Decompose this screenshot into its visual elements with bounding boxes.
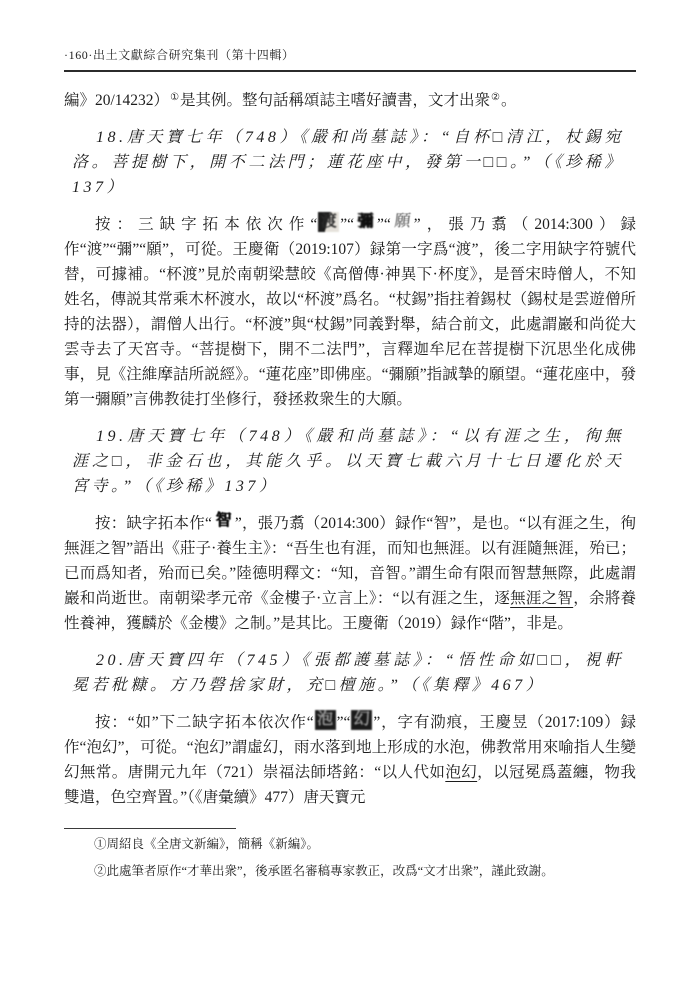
rubbing-glyph-image: 幻	[351, 710, 372, 730]
page-body: 編》20/14232）①是其例。整句話稱頌誌主嗜好讀書，文才出衆②。 18.唐天…	[64, 88, 636, 810]
note-19: 按：缺字拓本作“智”，張乃翥（2014:300）録作“智”，是也。“以有涯之生，…	[64, 511, 636, 636]
note-18: 按：三缺字拓本依次作“渡”“彌”“願”，張乃翥（2014:300）録作“渡”“彌…	[64, 212, 636, 412]
underlined-term: 泡幻	[445, 764, 477, 781]
rubbing-glyph-image: 泡	[315, 710, 336, 730]
document-page: ·160·出土文獻綜合研究集刊（第十四輯） 編》20/14232）①是其例。整句…	[0, 0, 700, 983]
entry-19: 19.唐天寶七年（748）《嚴和尚墓誌》：“以有涯之生，徇無涯之□，非金石也，其…	[64, 424, 636, 499]
rubbing-glyph-image: 智	[213, 511, 234, 531]
footnote-1: ①周紹良《全唐文新編》，簡稱《新編》。	[64, 834, 636, 856]
page-header: ·160·出土文獻綜合研究集刊（第十四輯）	[64, 46, 636, 72]
header-rule	[64, 70, 636, 72]
footnote-2: ②此處筆者原作“才華出衆”，後承匿名審稿專家教正，改爲“文才出衆”，謹此致謝。	[64, 861, 636, 883]
note-20: 按：“如”下二缺字拓本依次作“泡”“幻”，字有泐痕，王慶昱（2017:109）録…	[64, 710, 636, 810]
footnote-ref: ①	[170, 92, 179, 103]
rubbing-glyph-image: 願	[391, 212, 414, 232]
underlined-term: 無涯之智	[510, 590, 573, 607]
rubbing-glyph-image: 渡	[318, 212, 339, 232]
footnote-section: ①周紹良《全唐文新編》，簡稱《新編》。 ②此處筆者原作“才華出衆”，後承匿名審稿…	[64, 828, 636, 882]
entry-18: 18.唐天寶七年（748）《嚴和尚墓誌》：“自杯□清江，杖錫宛洛。菩提樹下，開不…	[64, 125, 636, 200]
running-header: ·160·出土文獻綜合研究集刊（第十四輯）	[64, 46, 636, 63]
footnote-ref: ②	[491, 92, 500, 103]
entry-20: 20.唐天寶四年（745）《張都護墓誌》：“悟性命如□□，視軒冕若秕糠。方乃磬捨…	[64, 648, 636, 698]
footnote-separator	[64, 828, 236, 829]
intro-paragraph: 編》20/14232）①是其例。整句話稱頌誌主嗜好讀書，文才出衆②。	[64, 88, 636, 113]
rubbing-glyph-image: 彌	[355, 212, 376, 232]
